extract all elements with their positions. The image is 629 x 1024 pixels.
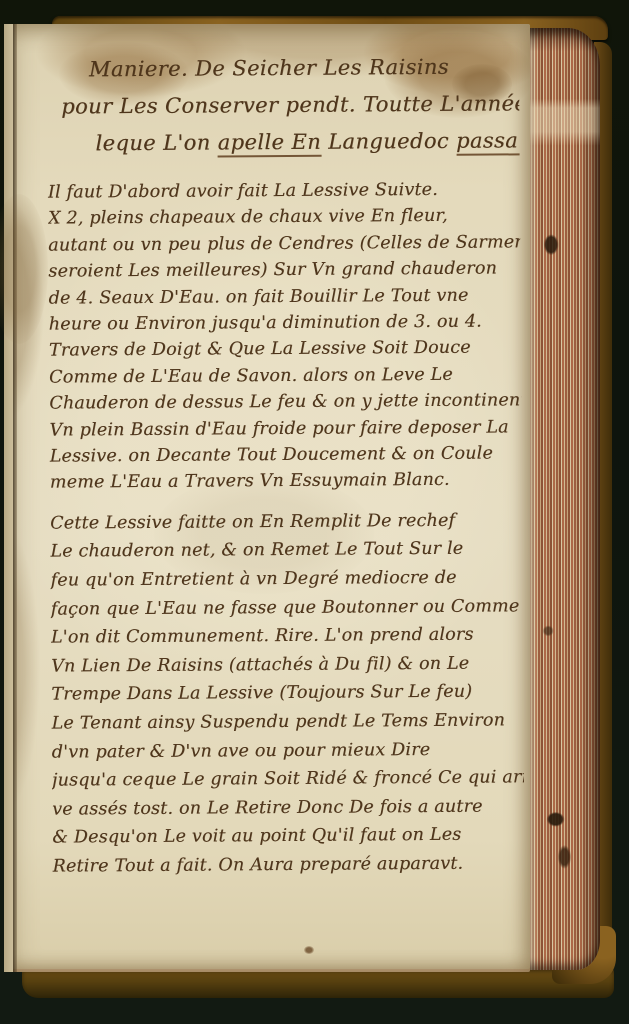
manuscript-line: Il faut D'abord avoir fait La Lessive Su… [48,176,520,206]
manuscript-line: façon que L'Eau ne fasse que Boutonner o… [51,592,523,624]
manuscript-line: Retire Tout a fait. On Aura preparé aupa… [52,849,524,881]
book-fore-edge-pages [526,28,600,970]
manuscript-line: autant ou vn peu plus de Cendres (Celles… [48,229,520,259]
manuscript-line: d'vn pater & D'vn ave ou pour mieux Dire [52,735,524,767]
manuscript-line: L'on dit Communement. Rire. L'on prend a… [51,621,523,653]
manuscript-photo: Maniere. De Seicher Les Raisins pour Les… [0,0,629,1024]
manuscript-line: heure ou Environ jusqu'a diminution de 3… [49,308,521,338]
manuscript-line: X 2, pleins chapeaux de chaux vive En fl… [48,203,520,233]
manuscript-line: jusqu'a ceque Le grain Soit Ridé & fronc… [52,764,524,796]
manuscript-line: Vn plein Bassin d'Eau froide pour faire … [49,414,521,444]
title-line-2: pour Les Conserver pendt. Toutte L'année [47,85,519,125]
book-cover-bottom-edge [22,968,614,998]
title-underlined-phrase-2: passariller [456,128,525,156]
title-underlined-phrase-1: apelle En [218,130,322,158]
manuscript-line: Trempe Dans La Lessive (Toujours Sur Le … [51,678,523,710]
handwritten-content: Maniere. De Seicher Les Raisins pour Les… [47,48,525,951]
manuscript-page: Maniere. De Seicher Les Raisins pour Les… [4,24,530,972]
manuscript-line: ve assés tost. on Le Retire Donc De fois… [52,792,524,824]
manuscript-line: Lessive. on Decante Tout Doucement & on … [50,440,522,470]
manuscript-line: Comme de L'Eau de Savon. alors on Leve L… [49,361,521,391]
manuscript-line: & Desqu'on Le voit au point Qu'il faut o… [52,821,524,853]
manuscript-line: de 4. Seaux D'Eau. on fait Bouillir Le T… [48,282,520,312]
manuscript-line: seroient Les meilleures) Sur Vn grand ch… [48,256,520,286]
manuscript-line: feu qu'on Entretient à vn Degré mediocre… [50,563,522,595]
manuscript-line: Le chauderon net, & on Remet Le Tout Sur… [50,535,522,567]
manuscript-line: Vn Lien De Raisins (attachés à Du fil) &… [51,649,523,681]
manuscript-line: meme L'Eau a Travers Vn Essuymain Blanc. [50,467,522,497]
title-line-3-prefix: leque L'on [95,130,217,155]
title-line-3: leque L'on apelle En Languedoc passarill… [47,122,519,162]
manuscript-line: Cette Lessive faitte on En Remplit De re… [50,506,522,538]
title-line-1: Maniere. De Seicher Les Raisins [47,48,519,88]
manuscript-line: Le Tenant ainsy Suspendu pendt Le Tems E… [51,706,523,738]
recipe-title: Maniere. De Seicher Les Raisins pour Les… [47,48,520,162]
paragraph-2: Cette Lessive faitte on En Remplit De re… [50,506,525,881]
manuscript-line: Chauderon de dessus Le feu & on y jette … [49,388,521,418]
manuscript-line: Travers de Doigt & Que La Lessive Soit D… [49,335,521,365]
page-gutter-shadow [13,24,17,972]
title-line-3-middle: Languedoc [321,129,456,154]
page-gutter-sliver [4,24,13,972]
paragraph-1: Il faut D'abord avoir fait La Lessive Su… [48,176,522,496]
